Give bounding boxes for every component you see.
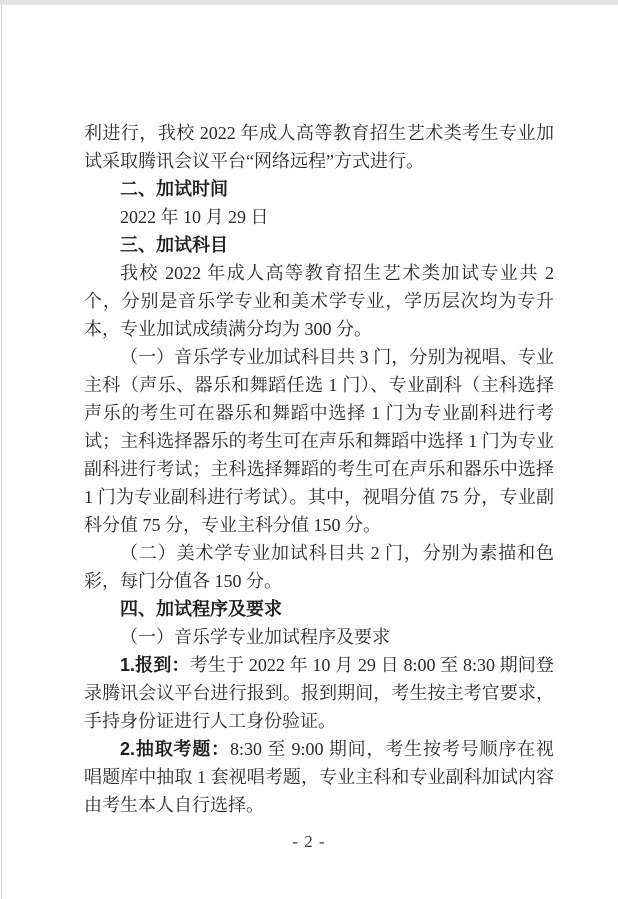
page-number: - 2 - (292, 832, 325, 851)
scan-strip-top (0, 0, 618, 5)
paragraph: （一）音乐学专业加试程序及要求 (84, 623, 554, 651)
body-text: 我校 2022 年成人高等教育招生艺术类加试专业共 2 个，分别是音乐学专业和美… (84, 263, 554, 339)
body-text: （一）音乐学专业加试程序及要求 (120, 627, 390, 647)
paragraph: 利进行，我校 2022 年成人高等教育招生艺术类考生专业加试采取腾讯会议平台“网… (84, 119, 554, 175)
paragraph: （一）音乐学专业加试科目共 3 门，分别为视唱、专业主科（声乐、器乐和舞蹈任选 … (84, 343, 554, 539)
body-text: （一）音乐学专业加试科目共 3 门，分别为视唱、专业主科（声乐、器乐和舞蹈任选 … (84, 347, 554, 535)
bold-lead-text: 1.报到： (120, 655, 190, 675)
paragraph: 2.抽取考题：8:30 至 9:00 期间，考生按考号顺序在视唱题库中抽取 1 … (84, 735, 554, 819)
document-body: 利进行，我校 2022 年成人高等教育招生艺术类考生专业加试采取腾讯会议平台“网… (84, 119, 554, 819)
section-heading: 二、加试时间 (84, 175, 554, 203)
page-footer: - 2 - (0, 831, 618, 853)
bold-lead-text: 三、加试科目 (120, 235, 228, 255)
paragraph: 2022 年 10 月 29 日 (84, 203, 554, 231)
bold-lead-text: 四、加试程序及要求 (120, 599, 282, 619)
bold-lead-text: 2.抽取考题： (120, 739, 230, 759)
body-text: 2022 年 10 月 29 日 (120, 207, 269, 227)
body-text: （二）美术学专业加试科目共 2 门，分别为素描和色彩，每门分值各 150 分。 (84, 543, 554, 591)
section-heading: 四、加试程序及要求 (84, 595, 554, 623)
body-text: 利进行，我校 2022 年成人高等教育招生艺术类考生专业加试采取腾讯会议平台“网… (84, 123, 554, 171)
scan-edge-left (1, 5, 2, 899)
scanned-document: { "document": { "text_color": "#2a2a2a",… (0, 0, 618, 899)
paragraph: 1.报到：考生于 2022 年 10 月 29 日 8:00 至 8:30 期间… (84, 651, 554, 735)
paragraph: （二）美术学专业加试科目共 2 门，分别为素描和色彩，每门分值各 150 分。 (84, 539, 554, 595)
paragraph: 我校 2022 年成人高等教育招生艺术类加试专业共 2 个，分别是音乐学专业和美… (84, 259, 554, 343)
section-heading: 三、加试科目 (84, 231, 554, 259)
bold-lead-text: 二、加试时间 (120, 179, 228, 199)
